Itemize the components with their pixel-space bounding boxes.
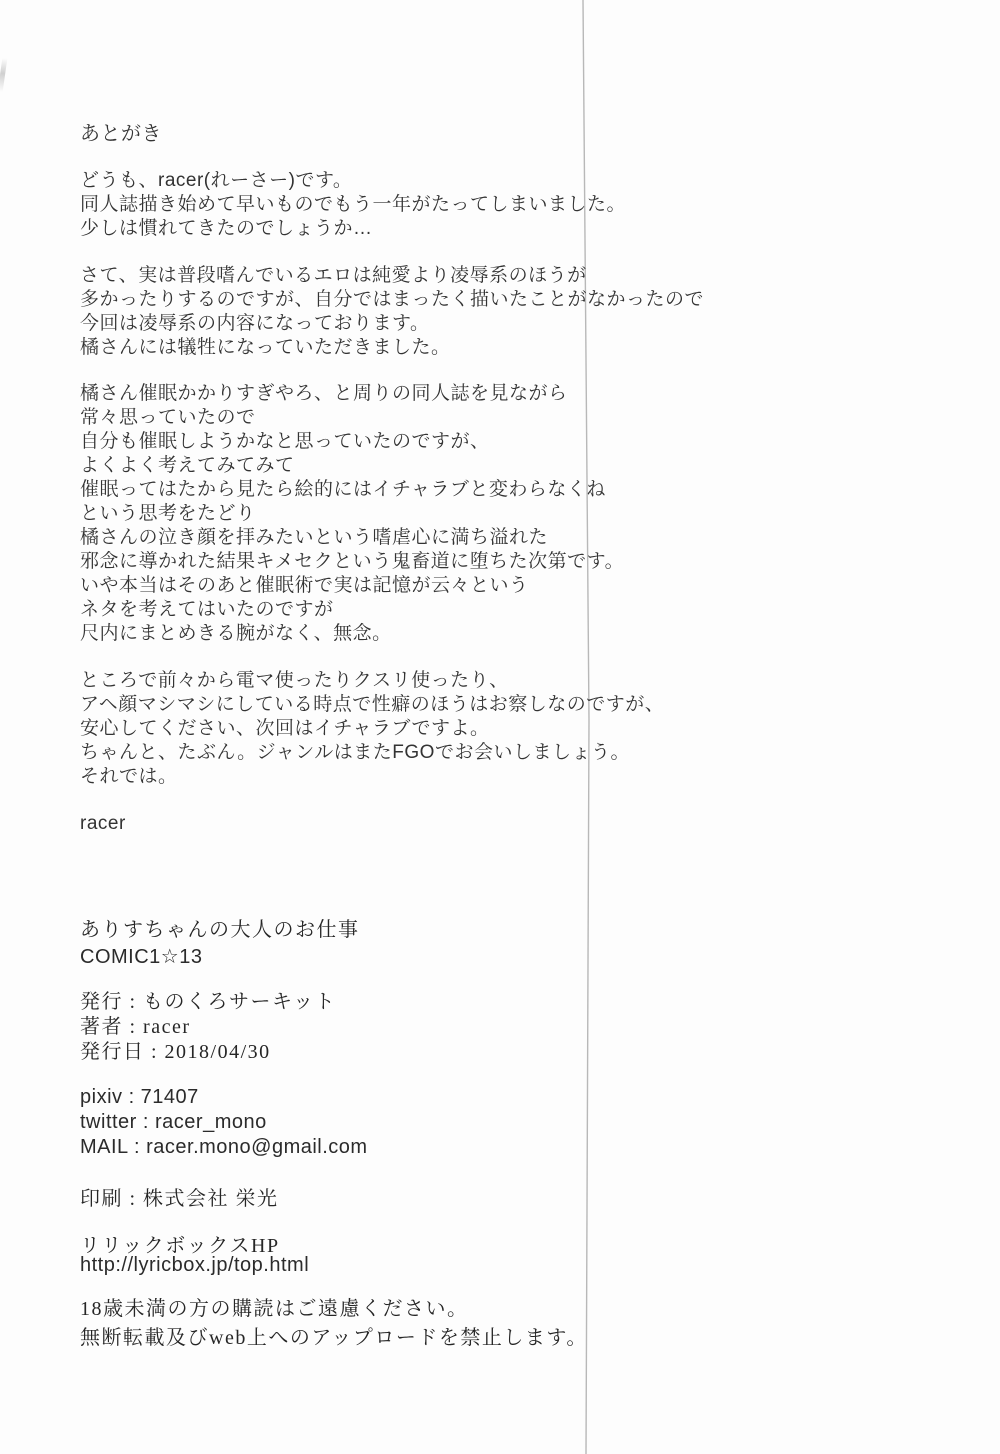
event-name: COMIC1☆13 bbox=[80, 944, 202, 971]
afterword-title: あとがき bbox=[80, 122, 162, 146]
book-title: ありすちゃんの大人のお仕事 bbox=[80, 917, 360, 944]
printer-info: 印刷 : 株式会社 栄光 bbox=[80, 1182, 279, 1211]
scan-edge-artifact bbox=[0, 58, 7, 92]
afterword-paragraph-4: ところで前々から電マ使ったりクスリ使ったり、アヘ顔マシマシにしている時点で性癖の… bbox=[80, 669, 664, 789]
author-signature: racer bbox=[80, 812, 126, 836]
afterword-paragraph-3: 橘さん催眠かかりすぎやろ、と周りの同人誌を見ながら常々思っていたので自分も催眠し… bbox=[80, 382, 624, 646]
publication-info: 発行 : ものくろサーキット著者 : racer発行日 : 2018/04/30 bbox=[80, 990, 336, 1065]
afterword-paragraph-1: どうも、racer(れーさー)です。同人誌描き始めて早いものでもう一年がたってし… bbox=[80, 169, 626, 241]
scanned-page: あとがき どうも、racer(れーさー)です。同人誌描き始めて早いものでもう一年… bbox=[0, 0, 1000, 1454]
contact-info: pixiv : 71407twitter : racer_monoMAIL : … bbox=[80, 1085, 368, 1160]
age-restriction-notice: 18歳未満の方の購読はご遠慮ください。無断転載及びweb上へのアップロードを禁止… bbox=[80, 1295, 588, 1353]
afterword-paragraph-2: さて、実は普段嗜んでいるエロは純愛より凌辱系のほうが多かったりするのですが、自分… bbox=[80, 264, 704, 360]
website-url: http://lyricbox.jp/top.html bbox=[80, 1254, 309, 1277]
